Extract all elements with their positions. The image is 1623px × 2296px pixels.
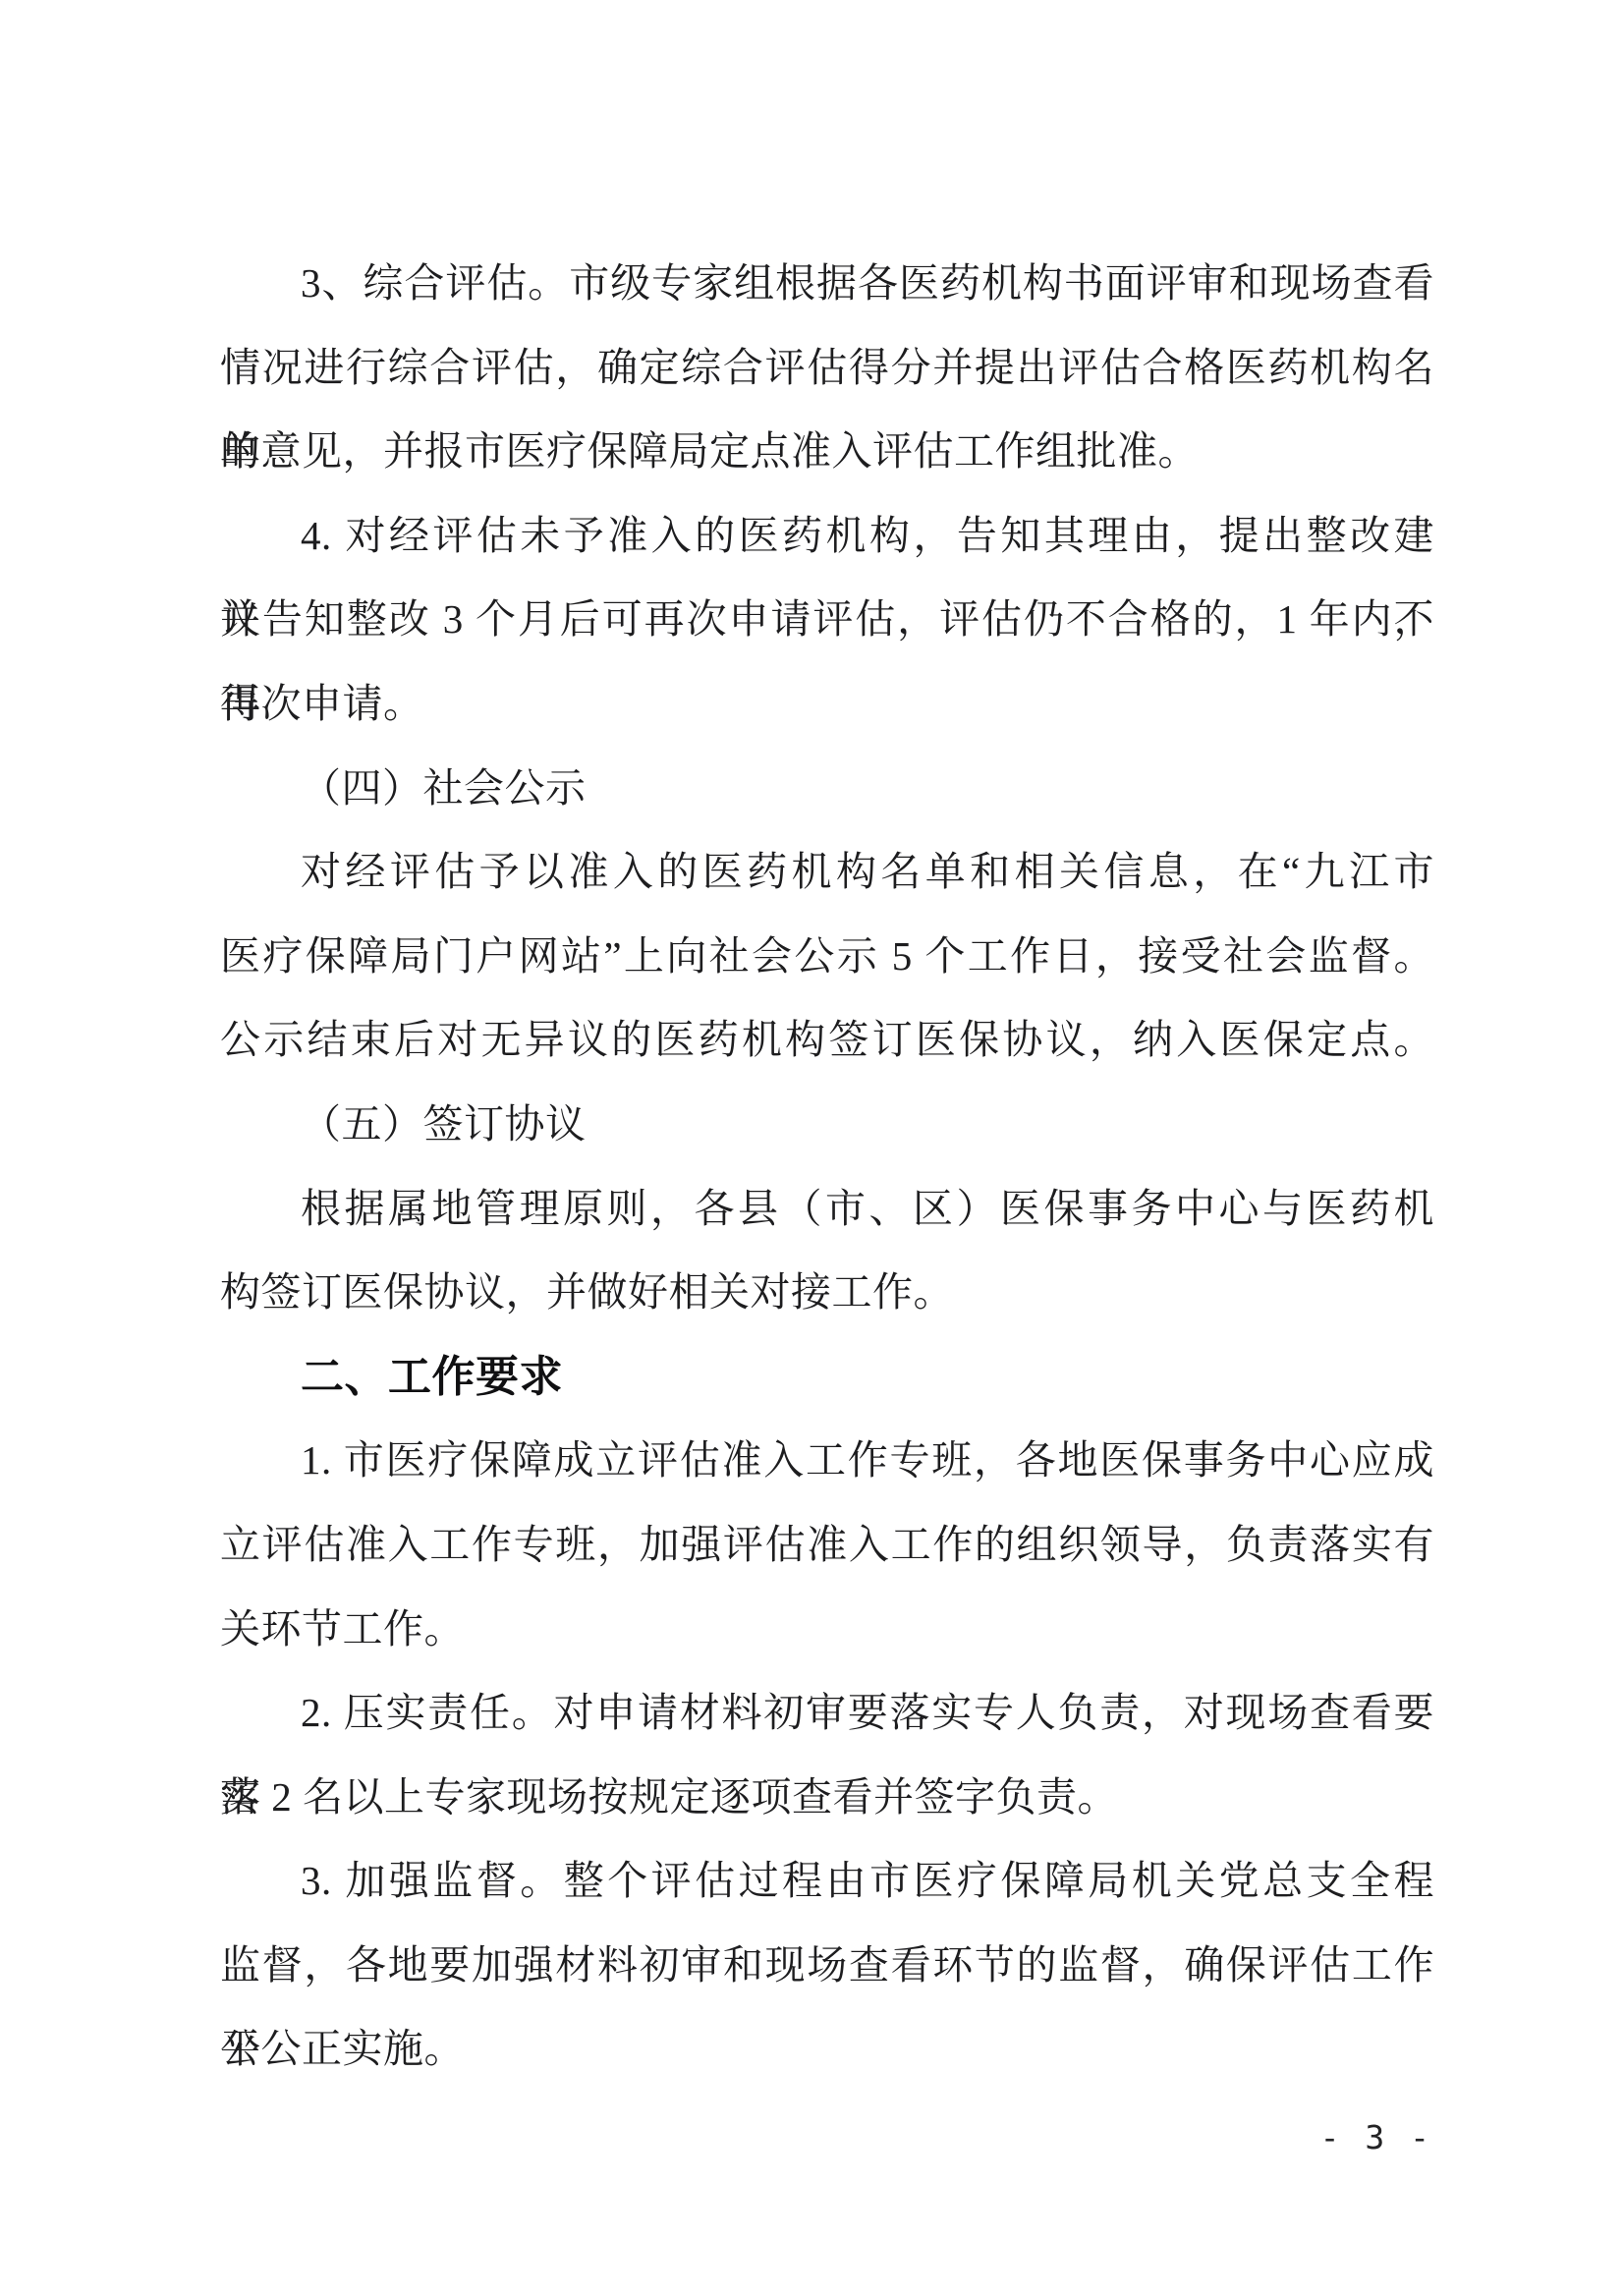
document-body: 3、综合评估。市级专家组根据各医药机构书面评审和现场查看 情况进行综合评估，确定… [220, 242, 1434, 2092]
page-number: - 3 - [1320, 2118, 1432, 2156]
paragraph-line: 公示结束后对无异议的医药机构签订医保协议，纳入医保定点。 [220, 998, 1434, 1083]
paragraph-line: 情况进行综合评估，确定综合评估得分并提出评估合格医药机构名单 [220, 326, 1434, 411]
paragraph-line: 3、综合评估。市级专家组根据各医药机构书面评审和现场查看 [220, 242, 1434, 326]
paragraph-line: 4. 对经评估未予准入的医药机构，告知其理由，提出整改建议， [220, 494, 1434, 579]
paragraph-line: 并告知整改 3 个月后可再次申请评估，评估仍不合格的，1 年内不得 [220, 578, 1434, 662]
paragraph-line: 立评估准入工作专班，加强评估准入工作的组织领导，负责落实有 [220, 1503, 1434, 1588]
paragraph-line: 2. 压实责任。对申请材料初审要落实专人负责，对现场查看要落 [220, 1671, 1434, 1756]
paragraph-line: 的意见，并报市医疗保障局定点准入评估工作组批准。 [220, 410, 1434, 494]
paragraph-line: 关环节工作。 [220, 1588, 1434, 1672]
paragraph-line: 构签订医保协议，并做好相关对接工作。 [220, 1251, 1434, 1335]
subsection-heading: （四）社会公示 [220, 747, 1434, 831]
paragraph-line: 3. 加强监督。整个评估过程由市医疗保障局机关党总支全程 [220, 1839, 1434, 1924]
paragraph-line: 根据属地管理原则，各县（市、区）医保事务中心与医药机 [220, 1167, 1434, 1252]
paragraph-line: 再次申请。 [220, 662, 1434, 747]
section-heading: 二、工作要求 [220, 1335, 1434, 1420]
subsection-heading: （五）签订协议 [220, 1083, 1434, 1167]
document-page: 3、综合评估。市级专家组根据各医药机构书面评审和现场查看 情况进行综合评估，确定… [0, 0, 1623, 2296]
paragraph-line: 实 2 名以上专家现场按规定逐项查看并签字负责。 [220, 1756, 1434, 1840]
paragraph-line: 医疗保障局门户网站”上向社会公示 5 个工作日，接受社会监督。 [220, 915, 1434, 999]
paragraph-line: 1. 市医疗保障成立评估准入工作专班，各地医保事务中心应成 [220, 1419, 1434, 1503]
paragraph-line: 平公正实施。 [220, 2007, 1434, 2092]
paragraph-line: 监督，各地要加强材料初审和现场查看环节的监督，确保评估工作公 [220, 1924, 1434, 2008]
paragraph-line: 对经评估予以准入的医药机构名单和相关信息，在“九江市 [220, 830, 1434, 915]
